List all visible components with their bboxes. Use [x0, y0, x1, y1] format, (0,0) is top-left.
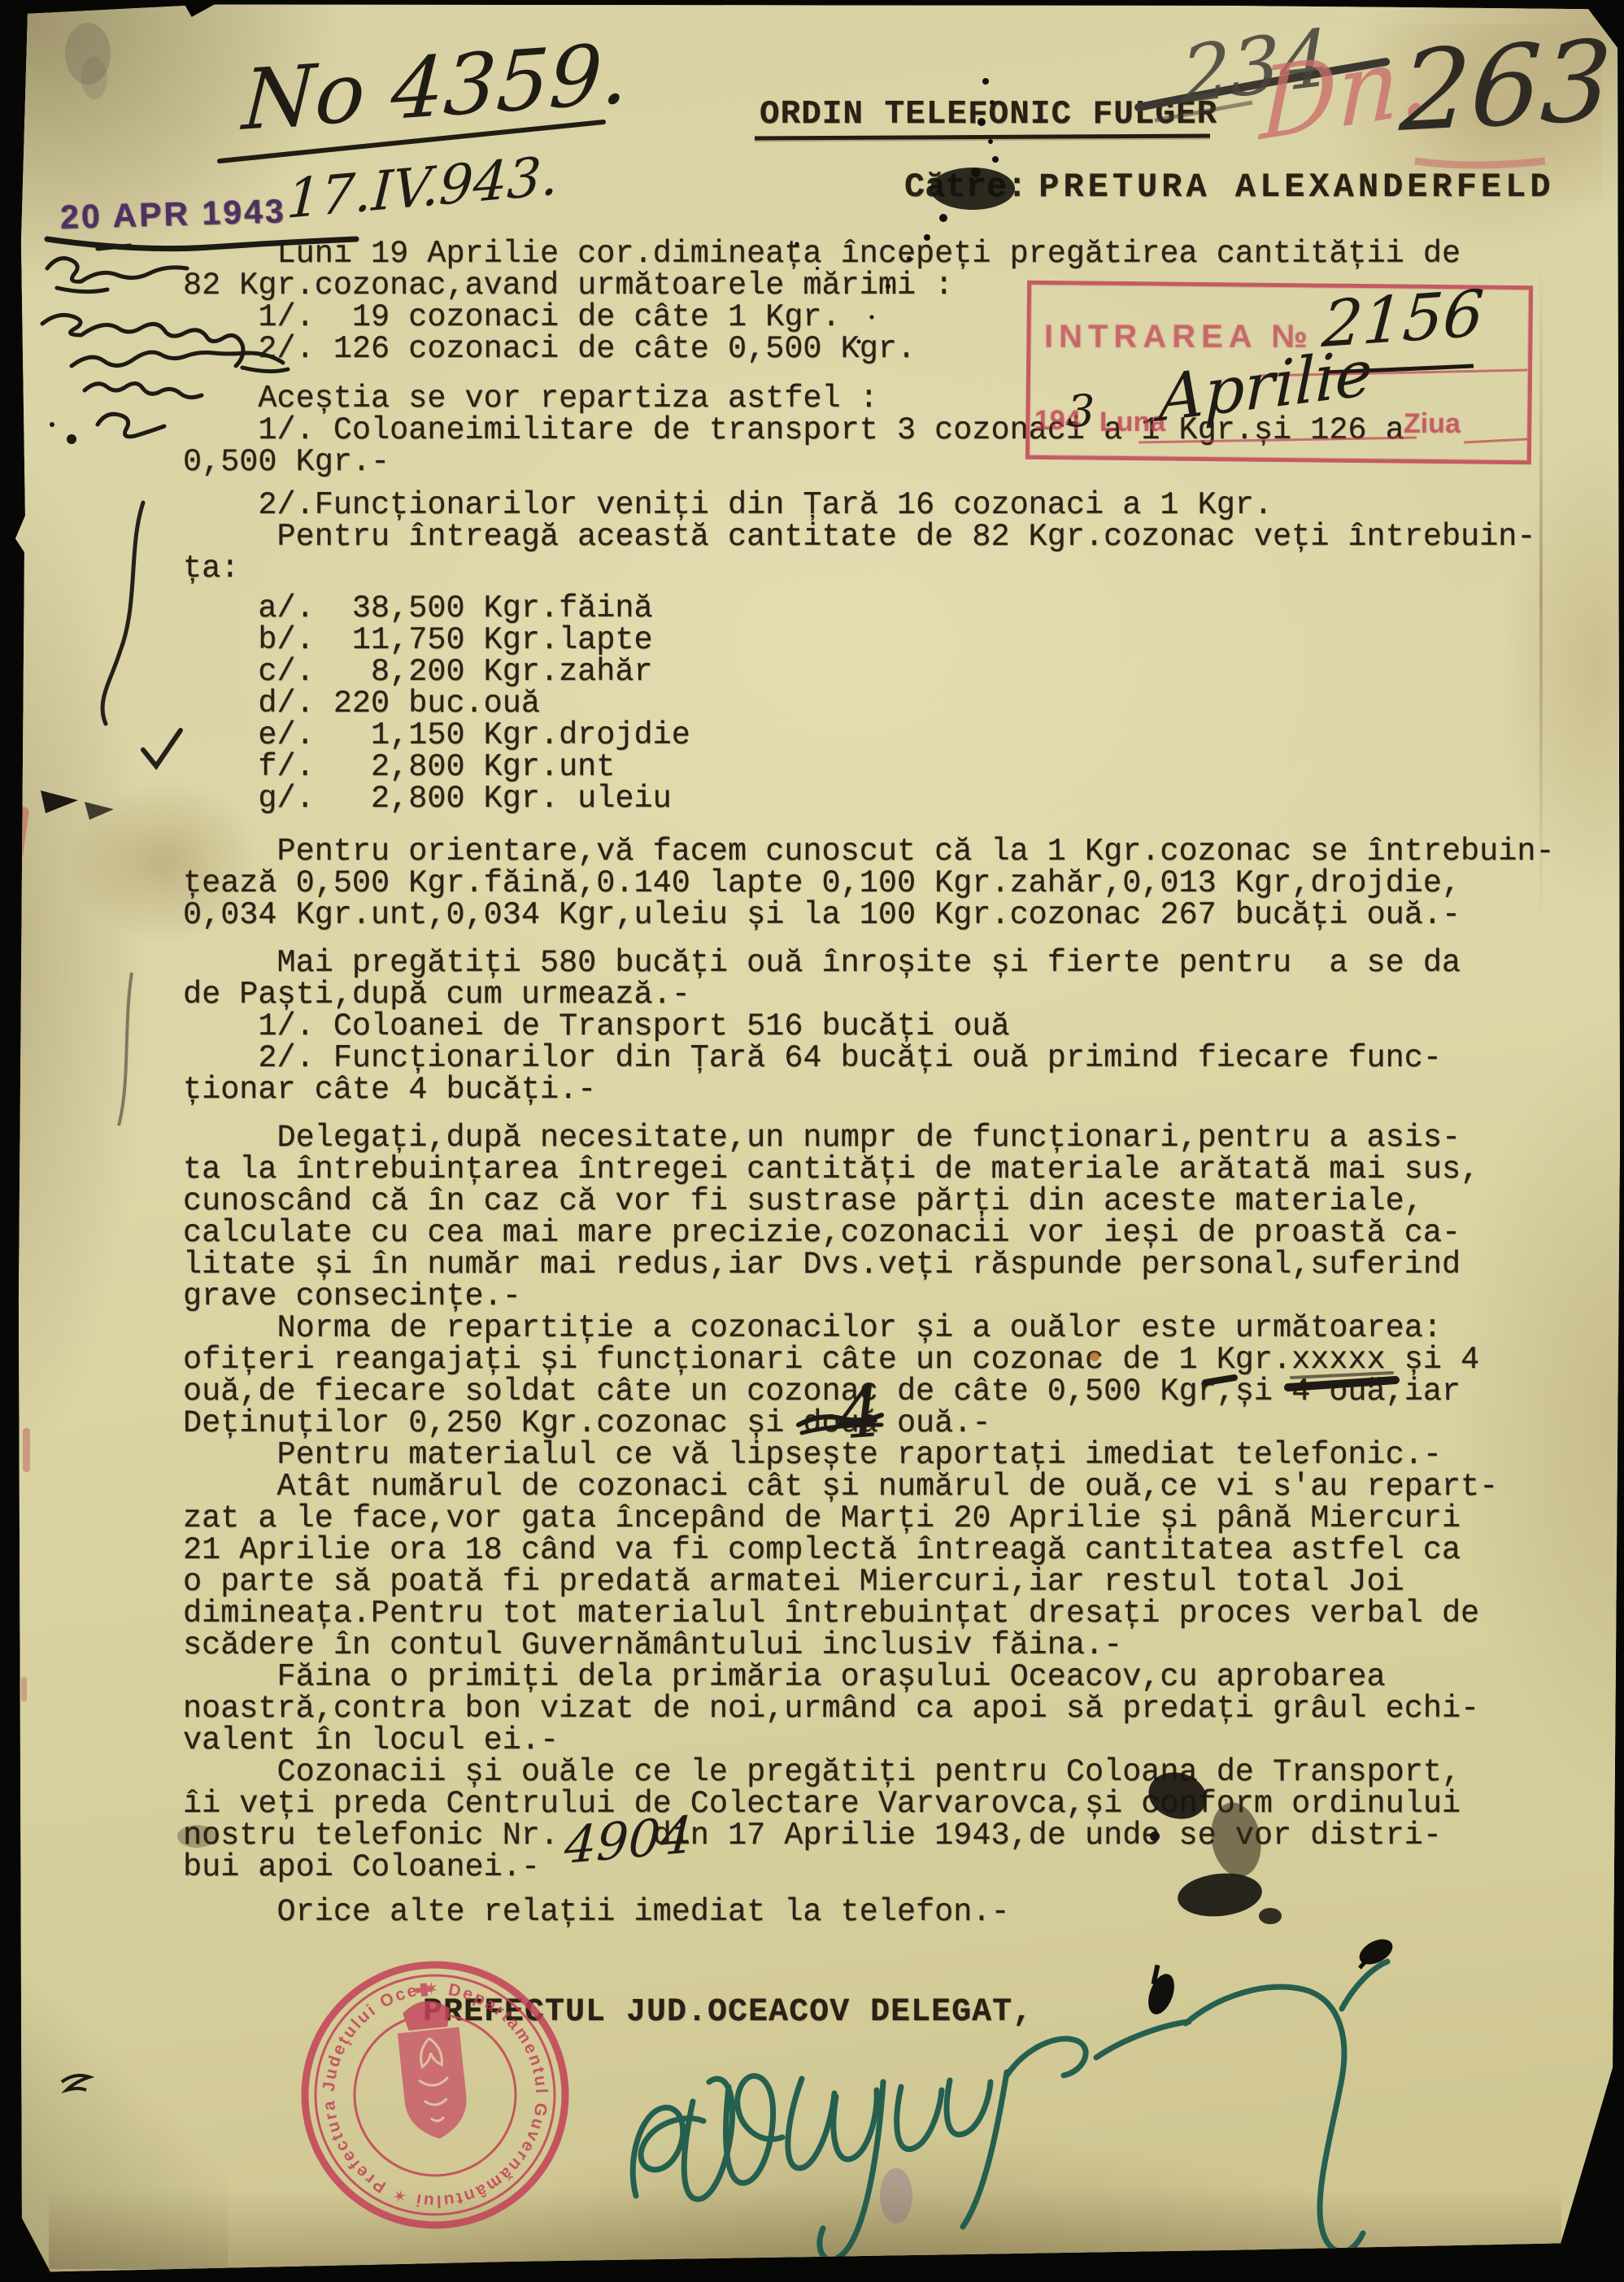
- red-streaks: [13, 806, 30, 1701]
- typed-line: a/. 38,500 Kgr.făină: [183, 593, 1555, 625]
- typed-line: b/. 11,750 Kgr.lapte: [183, 625, 1555, 656]
- egg-correction-handwritten: 4: [835, 1371, 886, 1456]
- typed-line: 2/. Funcționarilor din Țară 64 bucăți ou…: [183, 1043, 1555, 1074]
- typed-line: 0,034 Kgr.unt,0,034 Kgr,uleiu și la 100 …: [183, 899, 1555, 931]
- typed-line: ța:: [183, 553, 1555, 585]
- typed-line: îi veți preda Centrului de Colectare Var…: [183, 1788, 1555, 1820]
- typed-line: litate și în număr mai redus,iar Dvs.veț…: [183, 1249, 1555, 1281]
- typed-line: Pentru întreagă această cantitate de 82 …: [183, 521, 1555, 553]
- signatory-title: PREFECTUL JUD.OCEACOV DELEGAT,: [423, 1994, 1033, 2031]
- arrow-mark: [41, 790, 78, 813]
- addressee-name: PRETURA ALEXANDERFELD: [1038, 168, 1554, 207]
- red-pencil-line: [1415, 161, 1545, 165]
- typed-line: c/. 8,200 Kgr.zahăr: [183, 656, 1555, 688]
- typed-line: calculate cu cea mai mare precizie,cozon…: [183, 1217, 1555, 1249]
- typed-line: Norma de repartiție a cozonacilor și a o…: [183, 1313, 1555, 1344]
- document-title: ORDIN TELEFONIC FULGER: [760, 96, 1217, 133]
- margin-scribble-bottom: [62, 2075, 89, 2090]
- title-underline: [755, 134, 1210, 141]
- scanned-document-page: Luni 19 Aprilie cor.dimineața începeți p…: [0, 0, 1624, 2282]
- handwritten-doc-date: 17.IV.943.: [285, 144, 560, 231]
- typed-line: cunoscând că în caz că vor fi sustrase p…: [183, 1186, 1555, 1217]
- entry-stamp-month-label: Luna: [1099, 407, 1165, 438]
- pencil-smudge: [65, 23, 111, 85]
- typed-line: Făina o primiți dela primăria orașului O…: [183, 1661, 1555, 1693]
- received-date-stamp: 20 APR 1943: [59, 192, 286, 237]
- typed-body: Luni 19 Aprilie cor.dimineața începeți p…: [183, 238, 1555, 1928]
- typed-line: bui apoi Coloanei.-: [183, 1852, 1555, 1884]
- paper-sheet: Luni 19 Aprilie cor.dimineața începeți p…: [0, 0, 1624, 2282]
- typed-line: 21 Aprilie ora 18 când va fi complectă î…: [183, 1535, 1555, 1566]
- typed-line: Luni 19 Aprilie cor.dimineața începeți p…: [183, 238, 1555, 270]
- pencil-number: 263: [1397, 17, 1615, 157]
- fold-bottom-left: [0, 1936, 228, 2282]
- typed-line: o parte să poată fi predată armatei Mier…: [183, 1566, 1555, 1598]
- typed-line: f/. 2,800 Kgr.unt: [183, 751, 1555, 783]
- typed-line: scădere în contul Guvernământului inclus…: [183, 1630, 1555, 1661]
- typed-line: noastră,contra bon vizat de noi,urmând c…: [183, 1693, 1555, 1725]
- typed-line: țează 0,500 Kgr.făină,0.140 lapte 0,100 …: [183, 868, 1555, 899]
- typed-line: Cozonacii și ouăle ce le pregătiți pentr…: [183, 1757, 1555, 1788]
- typed-line: Delegați,după necesitate,un numpr de fun…: [183, 1122, 1555, 1154]
- typed-line: dimineața.Pentru tot materialul întrebui…: [183, 1598, 1555, 1630]
- purple-smudge: [880, 2168, 912, 2223]
- entry-stamp-day-label: Ziua: [1404, 408, 1461, 440]
- typed-line: de Paști,după cum urmează.-: [183, 979, 1555, 1011]
- handwritten-doc-number: No 4359.: [240, 25, 630, 150]
- order-number-handwritten: 4904: [563, 1805, 694, 1875]
- typed-line: d/. 220 buc.ouă: [183, 688, 1555, 720]
- addressee-label: Către:: [904, 168, 1027, 207]
- shadow-bottom: [49, 2188, 1561, 2269]
- typed-line: e/. 1,150 Kgr.drojdie: [183, 720, 1555, 751]
- typed-line: 1/. Coloanei de Transport 516 bucăți ouă: [183, 1011, 1555, 1043]
- typed-line: g/. 2,800 Kgr. uleiu: [183, 783, 1555, 815]
- typed-line: zat a le face,vor gata începând de Marți…: [183, 1503, 1555, 1535]
- entry-year-digit-handwritten: 3: [1067, 385, 1095, 437]
- check-mark: [143, 730, 181, 766]
- typed-line: Pentru orientare,vă facem cunoscut că la…: [183, 836, 1555, 868]
- typed-line: ta la întrebuințarea întregei cantități …: [183, 1154, 1555, 1186]
- typed-line: Orice alte relații imediat la telefon.-: [183, 1897, 1555, 1928]
- typed-line: Atât numărul de cozonaci cât și numărul …: [183, 1471, 1555, 1503]
- typed-line: Mai pregătiți 580 bucăți ouă înroșite și…: [183, 947, 1555, 979]
- addressee-line: Către:PRETURA ALEXANDERFELD: [904, 168, 1555, 207]
- typed-line: nostru telefonic Nr. din 17 Aprilie 1943…: [183, 1820, 1555, 1852]
- typed-line: valent în locul ei.-: [183, 1725, 1555, 1757]
- typed-line: 2/.Funcționarilor veniți din Țară 16 coz…: [183, 490, 1555, 521]
- typed-line: ționar câte 4 bucăți.-: [183, 1074, 1555, 1106]
- typed-line: grave consecințe.-: [183, 1281, 1555, 1313]
- margin-stroke: [102, 503, 143, 724]
